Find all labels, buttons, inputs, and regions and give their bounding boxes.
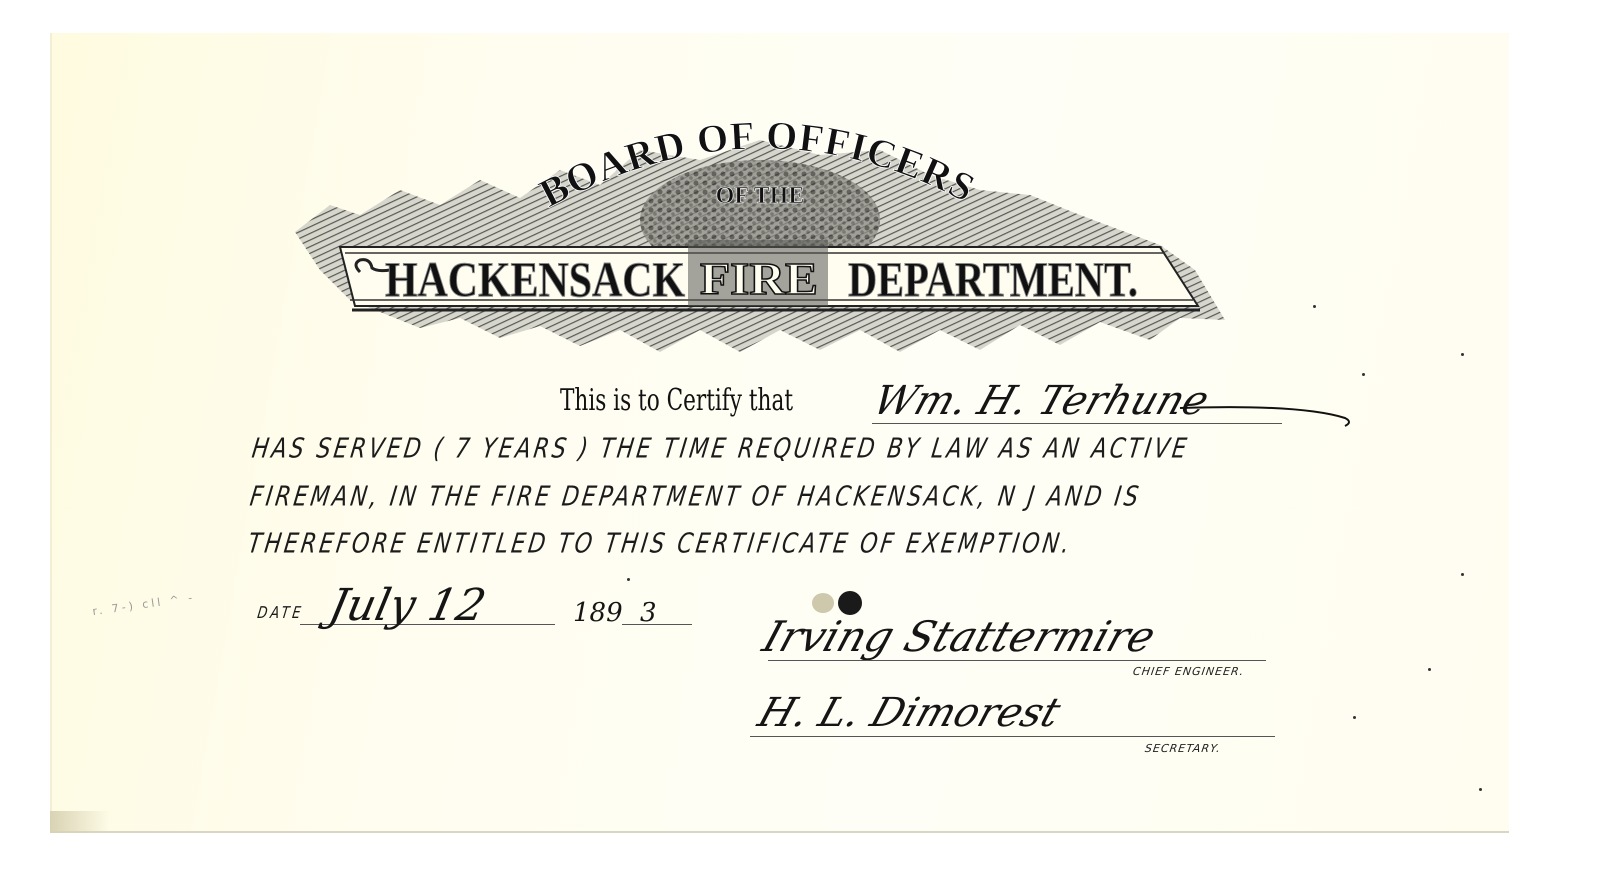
secretary-line bbox=[750, 736, 1275, 737]
speck bbox=[1313, 305, 1316, 308]
chief-engineer-signature: Irving Stattermire bbox=[757, 612, 1162, 661]
body-line-3: THEREFORE ENTITLED TO THIS CERTIFICATE O… bbox=[246, 529, 1074, 560]
speck bbox=[1362, 373, 1365, 376]
chief-engineer-title: CHIEF ENGINEER. bbox=[1132, 665, 1245, 678]
date-month-day: July 12 bbox=[325, 580, 491, 631]
speck bbox=[1428, 668, 1431, 671]
ink-stain bbox=[812, 593, 834, 613]
chief-engineer-line bbox=[768, 660, 1266, 661]
date-year-prefix: 189 bbox=[573, 598, 623, 628]
secretary-signature: H. L. Dimorest bbox=[753, 690, 1067, 736]
body-line-1: HAS SERVED ( 7 YEARS ) THE TIME REQUIRED… bbox=[250, 434, 1191, 465]
speck bbox=[1461, 573, 1464, 576]
secretary-title: SECRETARY. bbox=[1144, 742, 1222, 755]
date-year-suffix: 3 bbox=[640, 598, 657, 628]
date-line-year bbox=[622, 624, 692, 625]
speck bbox=[1353, 716, 1356, 719]
body-line-2: FIREMAN, IN THE FIRE DEPARTMENT OF HACKE… bbox=[248, 482, 1143, 513]
date-label: DATE bbox=[256, 604, 305, 623]
speck bbox=[627, 578, 630, 581]
speck bbox=[1461, 353, 1464, 356]
speck bbox=[1479, 788, 1482, 791]
